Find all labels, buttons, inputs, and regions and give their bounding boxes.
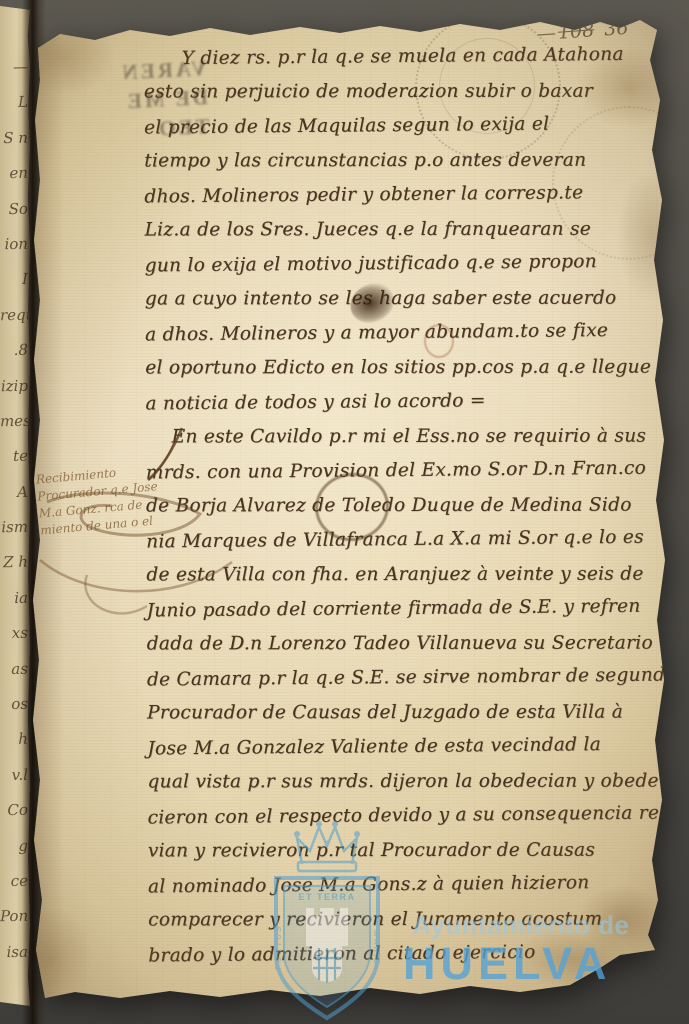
handwritten-line: ga a cuyo intento se les haga saber este…: [145, 281, 662, 316]
handwritten-line: Procurador de Causas del Juzgado de esta…: [147, 695, 664, 730]
handwritten-line: tiempo y las circunstancias p.o antes de…: [144, 143, 661, 178]
handwritten-line: Y diez rs. p.r la q.e se muela en cada A…: [143, 38, 660, 77]
handwritten-line: al nominado Jose M.a Gons.z à quien hizi…: [148, 866, 665, 905]
handwritten-line: brado y lo admitieron al citado ejercici…: [148, 935, 665, 974]
handwritten-line: a dhos. Molineros y a mayor abundam.to s…: [145, 314, 662, 353]
manuscript-page: VARENDE METEO —10836 Y diez rs. p.r la q…: [32, 18, 667, 1008]
handwritten-line: vian y recivieron p.r tal Procurador de …: [148, 833, 665, 868]
manuscript-photo: —LS nenSoionIrequ.8izipmesteAismZ hiaxsa…: [0, 0, 689, 1024]
handwritten-line: de Camara p.r la q.e S.E. se sirve nombr…: [147, 659, 664, 698]
handwritten-line: esto sin perjuicio de moderazion subir o…: [144, 74, 661, 109]
handwritten-line: el precio de las Maquilas segun lo exija…: [144, 107, 661, 146]
handwritten-line: cieron con el respecto devido y a su con…: [147, 797, 664, 836]
handwritten-line: qual vista p.r sus mrds. dijeron la obed…: [147, 764, 664, 799]
handwritten-line: dhos. Molineros pedir y obtener la corre…: [144, 176, 661, 215]
handwritten-line: Liz.a de los Sres. Jueces q.e la franque…: [145, 212, 662, 247]
margin-flourish: [32, 410, 247, 655]
red-ink-mark: [424, 324, 454, 358]
handwritten-line: comparecer y recivieron el Juramento aco…: [148, 902, 665, 937]
page-shadow-wrap: VARENDE METEO —10836 Y diez rs. p.r la q…: [32, 18, 667, 1014]
handwritten-line: Jose M.a Gonzalez Valiente de esta vecin…: [147, 728, 664, 767]
handwritten-line: gun lo exija el motivo justificado q.e s…: [145, 245, 662, 284]
handwritten-line: el oportuno Edicto en los sitios pp.cos …: [145, 350, 662, 385]
